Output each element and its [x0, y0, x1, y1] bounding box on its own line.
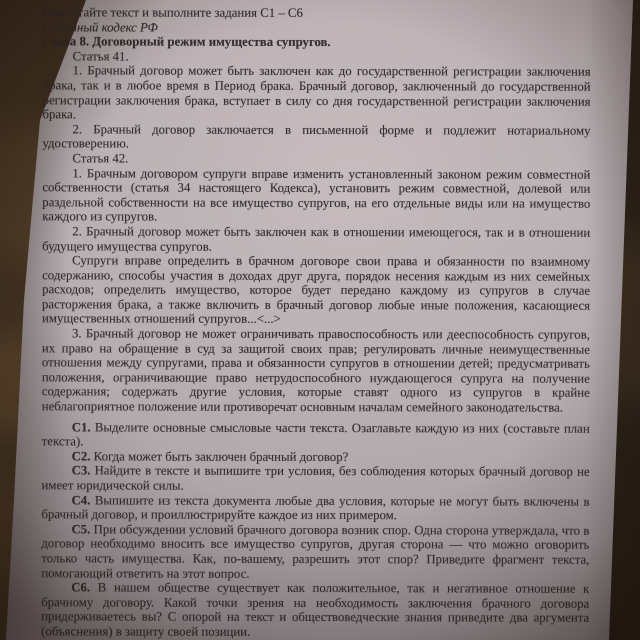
question-c3: С3. Найдите в тексте и выпишите три усло…	[42, 464, 590, 495]
document-page: Прочитайте текст и выполните задания С1 …	[0, 0, 640, 640]
question-c2-text: Когда может быть заключен брачный догово…	[90, 449, 348, 464]
question-c5-text: При обсуждении условий брачного договора…	[41, 522, 589, 580]
question-c4-text: Выпишите из текста документа любые два у…	[41, 493, 589, 522]
document-title: Семейный кодекс РФ	[43, 20, 591, 36]
question-c6-label: С6.	[71, 581, 90, 595]
question-c2: С2. Когда может быть заключен брачный до…	[42, 449, 590, 465]
question-c1-label: С1.	[72, 420, 91, 434]
article-42-paragraph-1: 1. Брачным договором супруги вправе изме…	[42, 166, 590, 226]
article-42-paragraph-4: 3. Брачный договор не может ограничивать…	[42, 326, 590, 415]
article-42-paragraph-3: Супруги вправе определить в брачном дого…	[42, 253, 590, 327]
document-photo: Прочитайте текст и выполните задания С1 …	[0, 0, 640, 640]
question-c4: С4. Выпишите из текста документа любые д…	[41, 493, 589, 524]
question-c6: С6. В нашем обществе существует как поло…	[41, 580, 589, 640]
question-c6-text: В нашем обществе существует как положите…	[41, 581, 589, 639]
question-c4-label: С4.	[72, 493, 91, 507]
question-c1-text: Выделите основные смысловые части текста…	[42, 420, 590, 449]
chapter-heading: Глава 8. Договорный режим имущества супр…	[43, 34, 591, 50]
question-c2-label: С2.	[72, 449, 91, 463]
question-c3-text: Найдите в тексте и выпишите три условия,…	[42, 464, 590, 493]
article-42-title: Статья 42.	[42, 151, 590, 167]
assignment-line: Прочитайте текст и выполните задания С1 …	[43, 5, 591, 21]
article-41-title: Статья 41.	[43, 49, 591, 65]
question-c1: С1. Выделите основные смысловые части те…	[42, 420, 590, 451]
article-41-paragraph-1: 1. Брачный договор может быть заключен к…	[43, 64, 591, 124]
question-c5: С5. При обсуждении условий брачного дого…	[41, 522, 589, 582]
article-42-paragraph-2: 2. Брачный договор может быть заключен к…	[42, 224, 590, 255]
question-c3-label: С3.	[72, 464, 91, 478]
question-c5-label: С5.	[71, 522, 90, 536]
article-41-paragraph-2: 2. Брачный договор заключается в письмен…	[42, 122, 590, 153]
